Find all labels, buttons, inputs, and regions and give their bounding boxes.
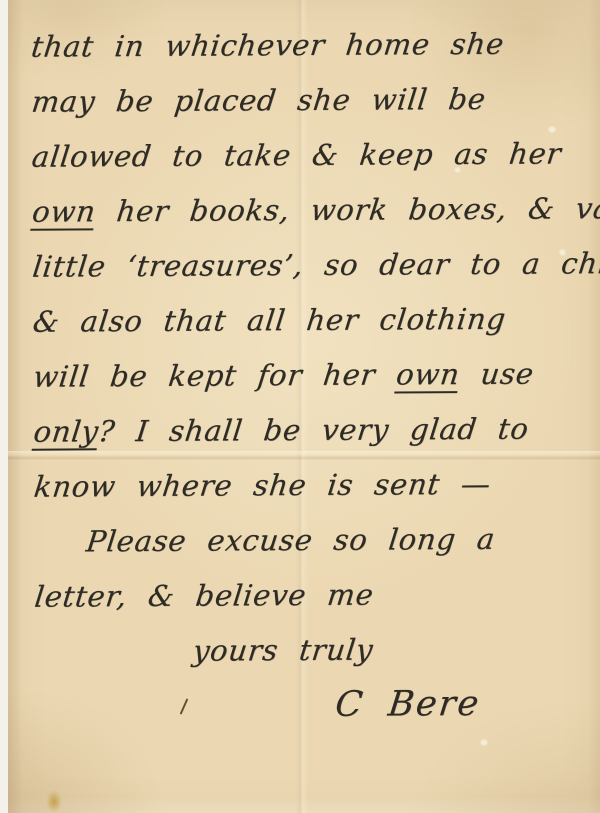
letter-line: know where she is sent — <box>31 456 597 514</box>
letter-line: allowed to take & keep as her <box>29 126 595 184</box>
line-text: ? I shall be very glad to <box>97 412 531 449</box>
line-text: little ‘treasures’, so dear to a child, <box>31 246 600 284</box>
line-text: Please excuse so long a <box>84 522 497 559</box>
signature: C Bere <box>332 676 598 733</box>
line-text: will be kept for her <box>31 357 398 393</box>
letter-line: & also that all her clothing <box>30 291 596 349</box>
signature-text: C Bere <box>333 684 482 725</box>
underlined-word: only <box>32 414 101 450</box>
line-text: her books, work boxes, & various <box>94 191 600 229</box>
line-text: that in whichever home she <box>29 27 506 64</box>
paper-speck <box>481 740 487 745</box>
stain-mark <box>46 790 62 813</box>
letter-line: Please excuse so long a <box>83 511 597 569</box>
handwritten-text: that in whichever home she may be placed… <box>28 16 592 734</box>
letter-line: may be placed she will be <box>28 71 594 129</box>
letter-closing: yours truly <box>190 621 598 678</box>
letter-line: only? I shall be very glad to <box>31 401 597 459</box>
line-text: & also that all her clothing <box>31 302 508 339</box>
letter-line: that in whichever home she <box>28 16 594 74</box>
letter-line: letter, & believe me <box>32 566 598 624</box>
line-text: letter, & believe me <box>33 578 376 614</box>
underlined-word: own <box>30 194 98 230</box>
letter-page: that in whichever home she may be placed… <box>8 0 600 813</box>
line-text: use <box>458 357 536 391</box>
letter-line: own her books, work boxes, & various <box>29 181 595 239</box>
closing-text: yours truly <box>191 633 375 668</box>
line-text: allowed to take & keep as her <box>30 136 563 173</box>
underlined-word: own <box>394 357 462 393</box>
letter-line: little ‘treasures’, so dear to a child, <box>30 236 596 294</box>
line-text: may be placed she will be <box>30 82 488 119</box>
letter-line: will be kept for her own use <box>30 346 596 404</box>
line-text: know where she is sent — <box>32 467 493 504</box>
